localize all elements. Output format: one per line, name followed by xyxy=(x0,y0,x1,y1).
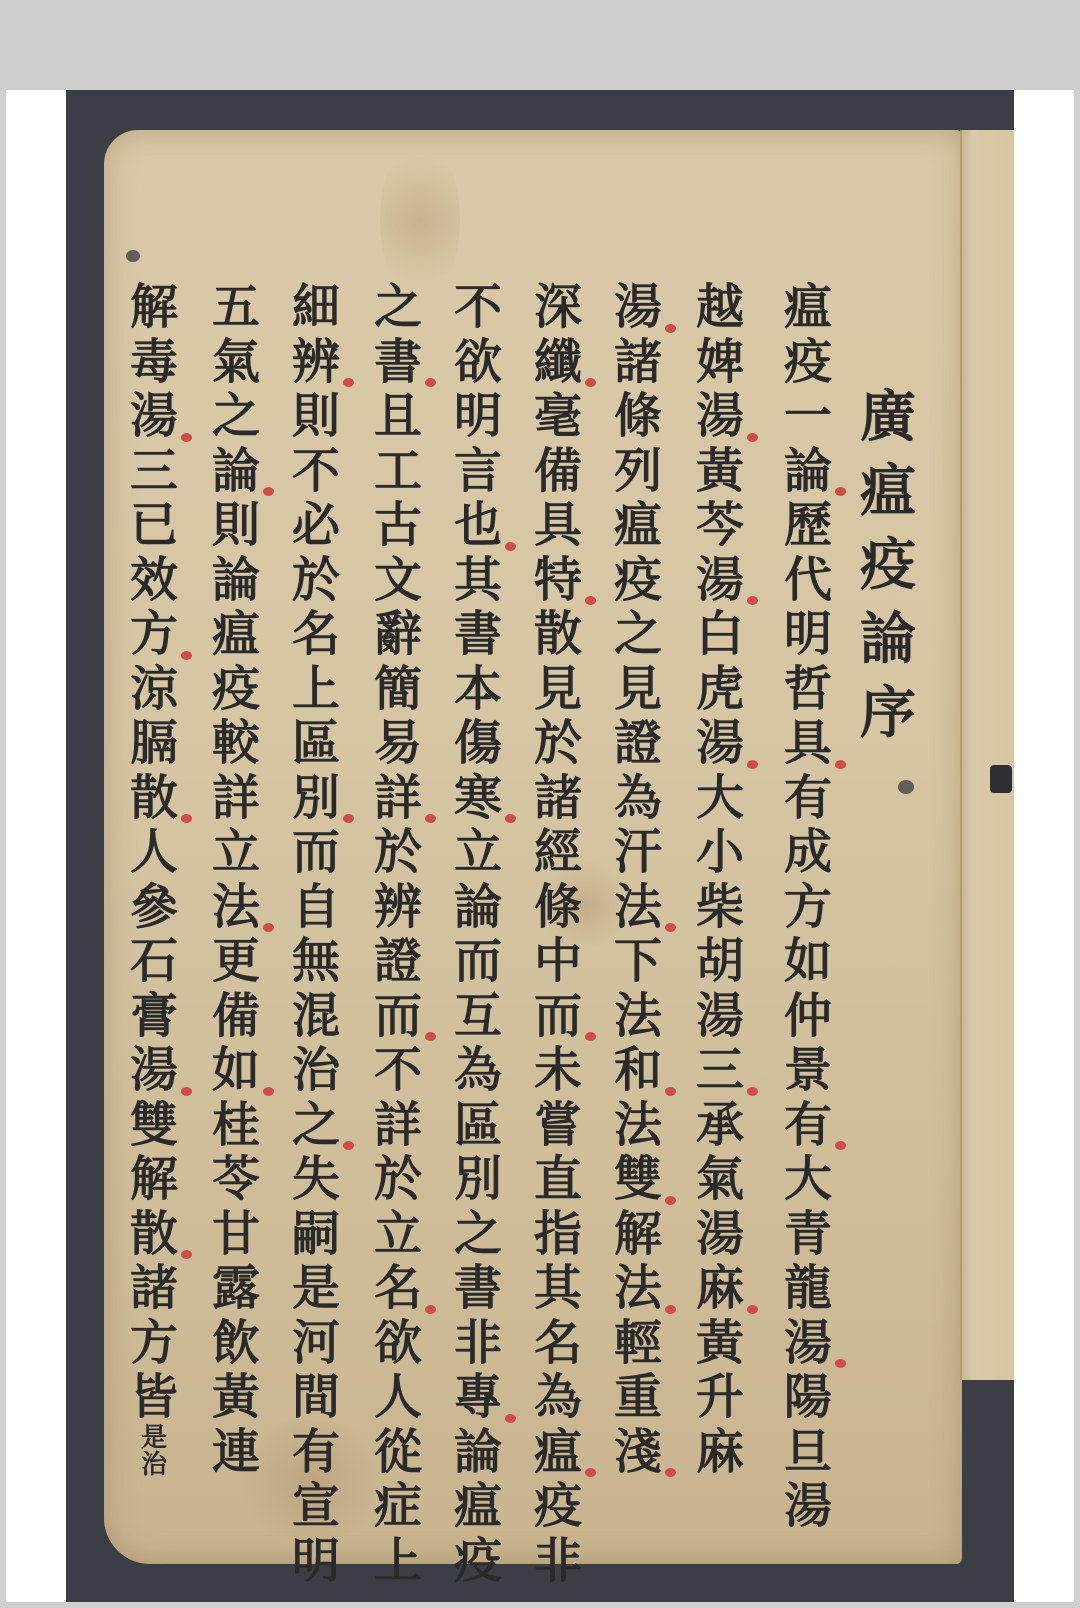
glyph: 苓 xyxy=(212,1152,260,1207)
text-column-9: 解毒湯三已效方涼膈散人參石膏湯雙解散諸方皆是治 xyxy=(118,280,190,1479)
glyph: 專 xyxy=(454,1370,502,1425)
glyph: 瘟 xyxy=(614,498,662,553)
red-punctuation-dot xyxy=(505,542,516,551)
glyph: 詳 xyxy=(374,1098,422,1153)
glyph: 三 xyxy=(130,444,178,499)
glyph: 必 xyxy=(292,498,340,553)
glyph: 間 xyxy=(292,1370,340,1425)
glyph: 仲 xyxy=(784,989,832,1044)
glyph: 經 xyxy=(534,825,582,880)
glyph: 露 xyxy=(212,1261,260,1316)
red-punctuation-dot xyxy=(181,1250,192,1259)
glyph: 論 xyxy=(212,444,260,499)
glyph: 大 xyxy=(784,1152,832,1207)
glyph: 別 xyxy=(454,1152,502,1207)
glyph: 毫 xyxy=(534,389,582,444)
glyph: 湯 xyxy=(784,1316,832,1371)
glyph: 如 xyxy=(784,934,832,989)
glyph: 代 xyxy=(784,553,832,608)
glyph: 歷 xyxy=(784,498,832,553)
glyph: 疫 xyxy=(212,662,260,717)
red-punctuation-dot xyxy=(263,487,274,496)
glyph: 甘 xyxy=(212,1207,260,1262)
glyph: 辨 xyxy=(292,335,340,390)
glyph: 和 xyxy=(614,1043,662,1098)
glyph: 則 xyxy=(292,389,340,444)
glyph: 瘟 xyxy=(784,280,832,335)
glyph: 不 xyxy=(454,280,502,335)
red-punctuation-dot xyxy=(747,596,758,605)
glyph: 詳 xyxy=(374,771,422,826)
red-punctuation-dot xyxy=(665,1196,676,1205)
glyph: 桂 xyxy=(212,1098,260,1153)
glyph: 河 xyxy=(292,1316,340,1371)
glyph: 上 xyxy=(374,1534,422,1589)
red-punctuation-dot xyxy=(835,760,846,769)
glyph: 論 xyxy=(454,880,502,935)
glyph: 已 xyxy=(130,498,178,553)
glyph: 青 xyxy=(784,1207,832,1262)
glyph: 立 xyxy=(454,825,502,880)
glyph: 有 xyxy=(784,1098,832,1153)
glyph: 中 xyxy=(534,934,582,989)
glyph: 景 xyxy=(784,1043,832,1098)
glyph: 之 xyxy=(374,280,422,335)
glyph: 龍 xyxy=(784,1261,832,1316)
red-punctuation-dot xyxy=(665,923,676,932)
glyph: 明 xyxy=(784,607,832,662)
glyph: 黃 xyxy=(212,1370,260,1425)
glyph: 嘗 xyxy=(534,1098,582,1153)
red-punctuation-dot xyxy=(425,378,436,387)
red-punctuation-dot xyxy=(665,1087,676,1096)
glyph: 嗣 xyxy=(292,1207,340,1262)
glyph: 湯 xyxy=(696,553,744,608)
glyph: 欲 xyxy=(374,1316,422,1371)
glyph: 雙 xyxy=(130,1098,178,1153)
glyph: 辭 xyxy=(374,607,422,662)
text-column-4: 深纖毫備具特散見於諸經條中而未嘗直指其名為瘟疫非 xyxy=(522,280,594,1588)
glyph: 法 xyxy=(614,1261,662,1316)
glyph: 於 xyxy=(374,1152,422,1207)
red-punctuation-dot xyxy=(665,1468,676,1477)
glyph: 麻 xyxy=(696,1261,744,1316)
glyph: 更 xyxy=(212,934,260,989)
glyph: 白 xyxy=(696,607,744,662)
glyph: 解 xyxy=(130,280,178,335)
glyph: 法 xyxy=(614,880,662,935)
red-punctuation-dot xyxy=(343,1141,354,1150)
glyph: 黃 xyxy=(696,1316,744,1371)
glyph: 參 xyxy=(130,880,178,935)
glyph: 之 xyxy=(614,607,662,662)
glyph: 區 xyxy=(454,1098,502,1153)
glyph: 具 xyxy=(784,716,832,771)
red-punctuation-dot xyxy=(505,1414,516,1423)
ink-spot xyxy=(126,250,140,262)
red-punctuation-dot xyxy=(263,923,274,932)
glyph: 立 xyxy=(374,1207,422,1262)
glyph: 方 xyxy=(784,880,832,935)
viewer-toolbar xyxy=(0,0,1080,90)
glyph: 於 xyxy=(534,716,582,771)
glyph: 膏 xyxy=(130,989,178,1044)
glyph: 胡 xyxy=(696,934,744,989)
glyph: 效 xyxy=(130,553,178,608)
glyph: 治 xyxy=(292,1043,340,1098)
red-punctuation-dot xyxy=(181,814,192,823)
glyph: 毒 xyxy=(130,335,178,390)
glyph: 重 xyxy=(614,1370,662,1425)
glyph: 旦 xyxy=(784,1425,832,1480)
glyph: 細 xyxy=(292,280,340,335)
glyph: 而 xyxy=(374,989,422,1044)
small-annotation-glyph: 是 xyxy=(141,1425,167,1452)
glyph: 文 xyxy=(374,553,422,608)
text-column-2: 越婢湯黃芩湯白虎湯大小柴胡湯三承氣湯麻黃升麻 xyxy=(684,280,756,1479)
glyph: 而 xyxy=(454,934,502,989)
glyph: 人 xyxy=(130,825,178,880)
glyph: 列 xyxy=(614,444,662,499)
red-punctuation-dot xyxy=(263,1087,274,1096)
glyph: 一 xyxy=(784,389,832,444)
glyph: 是 xyxy=(292,1261,340,1316)
glyph: 欲 xyxy=(454,335,502,390)
red-punctuation-dot xyxy=(665,324,676,333)
glyph: 婢 xyxy=(696,335,744,390)
glyph: 瘟 xyxy=(212,607,260,662)
glyph: 序 xyxy=(860,676,916,750)
glyph: 疫 xyxy=(614,553,662,608)
red-punctuation-dot xyxy=(343,814,354,823)
glyph: 法 xyxy=(614,1098,662,1153)
glyph: 上 xyxy=(292,662,340,717)
glyph: 諸 xyxy=(534,771,582,826)
red-punctuation-dot xyxy=(585,378,596,387)
glyph: 芩 xyxy=(696,498,744,553)
glyph: 纖 xyxy=(534,335,582,390)
glyph: 飲 xyxy=(212,1316,260,1371)
text-column-8: 五氣之論則論瘟疫較詳立法更備如桂苓甘露飲黃連 xyxy=(200,280,272,1479)
manuscript-text: 廣瘟疫論序 瘟疫一論歷代明哲具有成方如仲景有大青龍湯陽旦湯 越婢湯黃芩湯白虎湯大… xyxy=(112,280,952,1540)
glyph: 症 xyxy=(374,1479,422,1534)
glyph: 升 xyxy=(696,1370,744,1425)
glyph: 哲 xyxy=(784,662,832,717)
glyph: 書 xyxy=(454,1261,502,1316)
glyph: 傷 xyxy=(454,716,502,771)
glyph: 古 xyxy=(374,498,422,553)
glyph: 特 xyxy=(534,553,582,608)
glyph: 詳 xyxy=(212,771,260,826)
glyph: 法 xyxy=(212,880,260,935)
glyph: 也 xyxy=(454,498,502,553)
glyph: 有 xyxy=(292,1425,340,1480)
glyph: 名 xyxy=(374,1261,422,1316)
glyph: 宣 xyxy=(292,1479,340,1534)
ink-stain-mark xyxy=(990,765,1012,793)
red-punctuation-dot xyxy=(665,1305,676,1314)
glyph: 論 xyxy=(860,602,916,676)
glyph: 麻 xyxy=(696,1425,744,1480)
glyph: 論 xyxy=(784,444,832,499)
glyph: 言 xyxy=(454,444,502,499)
glyph: 不 xyxy=(374,1043,422,1098)
glyph: 疫 xyxy=(534,1479,582,1534)
red-punctuation-dot xyxy=(425,814,436,823)
glyph: 疫 xyxy=(454,1534,502,1589)
glyph: 湯 xyxy=(696,989,744,1044)
glyph: 則 xyxy=(212,498,260,553)
red-punctuation-dot xyxy=(181,433,192,442)
glyph: 為 xyxy=(454,1043,502,1098)
red-punctuation-dot xyxy=(505,814,516,823)
glyph: 而 xyxy=(534,989,582,1044)
text-column-6: 之書且工古文辭簡易詳於辨證而不詳於立名欲人從症上 xyxy=(362,280,434,1588)
glyph: 未 xyxy=(534,1043,582,1098)
small-annotation-glyph: 治 xyxy=(141,1452,167,1479)
red-punctuation-dot xyxy=(425,1032,436,1041)
glyph: 汗 xyxy=(614,825,662,880)
folded-page-edge xyxy=(960,130,1014,1380)
glyph: 立 xyxy=(212,825,260,880)
glyph: 見 xyxy=(534,662,582,717)
glyph: 備 xyxy=(534,444,582,499)
glyph: 法 xyxy=(614,989,662,1044)
glyph: 自 xyxy=(292,880,340,935)
glyph: 氣 xyxy=(212,335,260,390)
glyph: 諸 xyxy=(614,335,662,390)
glyph: 大 xyxy=(696,771,744,826)
glyph: 不 xyxy=(292,444,340,499)
glyph: 寒 xyxy=(454,771,502,826)
glyph: 具 xyxy=(534,498,582,553)
glyph: 方 xyxy=(130,607,178,662)
glyph: 條 xyxy=(534,880,582,935)
glyph: 虎 xyxy=(696,662,744,717)
glyph: 連 xyxy=(212,1425,260,1480)
glyph: 有 xyxy=(784,771,832,826)
glyph: 之 xyxy=(292,1098,340,1153)
glyph: 條 xyxy=(614,389,662,444)
glyph: 書 xyxy=(374,335,422,390)
glyph: 明 xyxy=(454,389,502,444)
glyph: 瘟 xyxy=(454,1479,502,1534)
red-punctuation-dot xyxy=(181,651,192,660)
red-punctuation-dot xyxy=(585,1468,596,1477)
glyph: 其 xyxy=(454,553,502,608)
glyph: 解 xyxy=(130,1152,178,1207)
red-punctuation-dot xyxy=(835,1359,846,1368)
glyph: 疫 xyxy=(784,335,832,390)
red-punctuation-dot xyxy=(747,1087,758,1096)
red-punctuation-dot xyxy=(585,596,596,605)
glyph: 無 xyxy=(292,934,340,989)
glyph: 如 xyxy=(212,1043,260,1098)
glyph: 小 xyxy=(696,825,744,880)
glyph: 成 xyxy=(784,825,832,880)
glyph: 柴 xyxy=(696,880,744,935)
glyph: 別 xyxy=(292,771,340,826)
preface-title: 廣瘟疫論序 xyxy=(852,380,924,750)
text-column-3: 湯諸條列瘟疫之見證為汗法下法和法雙解法輕重淺 xyxy=(602,280,674,1479)
glyph: 名 xyxy=(292,607,340,662)
glyph: 湯 xyxy=(784,1479,832,1534)
glyph: 輕 xyxy=(614,1316,662,1371)
glyph: 承 xyxy=(696,1098,744,1153)
glyph: 之 xyxy=(212,389,260,444)
glyph: 湯 xyxy=(614,280,662,335)
glyph: 指 xyxy=(534,1207,582,1262)
glyph: 證 xyxy=(374,934,422,989)
glyph: 辨 xyxy=(374,880,422,935)
glyph: 名 xyxy=(534,1316,582,1371)
glyph: 人 xyxy=(374,1370,422,1425)
paper-stain xyxy=(380,140,460,300)
glyph: 互 xyxy=(454,989,502,1044)
glyph: 瘟 xyxy=(860,454,916,528)
glyph: 諸 xyxy=(130,1261,178,1316)
glyph: 皆 xyxy=(130,1370,178,1425)
glyph: 湯 xyxy=(696,389,744,444)
glyph: 廣 xyxy=(860,380,916,454)
glyph: 較 xyxy=(212,716,260,771)
glyph: 湯 xyxy=(130,389,178,444)
glyph: 為 xyxy=(614,771,662,826)
red-punctuation-dot xyxy=(585,1032,596,1041)
glyph: 膈 xyxy=(130,716,178,771)
glyph: 三 xyxy=(696,1043,744,1098)
glyph: 證 xyxy=(614,716,662,771)
glyph: 本 xyxy=(454,662,502,717)
glyph: 疫 xyxy=(860,528,916,602)
glyph: 區 xyxy=(292,716,340,771)
glyph: 石 xyxy=(130,934,178,989)
glyph: 直 xyxy=(534,1152,582,1207)
glyph: 從 xyxy=(374,1425,422,1480)
glyph: 明 xyxy=(292,1534,340,1589)
glyph: 散 xyxy=(534,607,582,662)
glyph: 解 xyxy=(614,1207,662,1262)
glyph: 下 xyxy=(614,934,662,989)
glyph: 且 xyxy=(374,389,422,444)
red-punctuation-dot xyxy=(747,433,758,442)
glyph: 簡 xyxy=(374,662,422,717)
glyph: 黃 xyxy=(696,444,744,499)
glyph: 之 xyxy=(454,1207,502,1262)
glyph: 瘟 xyxy=(534,1425,582,1480)
glyph: 雙 xyxy=(614,1152,662,1207)
red-punctuation-dot xyxy=(835,487,846,496)
glyph: 散 xyxy=(130,1207,178,1262)
glyph: 湯 xyxy=(696,1207,744,1262)
glyph: 而 xyxy=(292,825,340,880)
glyph: 湯 xyxy=(696,716,744,771)
red-punctuation-dot xyxy=(181,1087,192,1096)
glyph: 氣 xyxy=(696,1152,744,1207)
glyph: 論 xyxy=(212,553,260,608)
glyph: 見 xyxy=(614,662,662,717)
red-punctuation-dot xyxy=(343,378,354,387)
glyph: 非 xyxy=(454,1316,502,1371)
glyph: 淺 xyxy=(614,1425,662,1480)
glyph: 陽 xyxy=(784,1370,832,1425)
glyph: 失 xyxy=(292,1152,340,1207)
red-punctuation-dot xyxy=(747,760,758,769)
glyph: 備 xyxy=(212,989,260,1044)
text-column-7: 細辨則不必於名上區別而自無混治之失嗣是河間有宣明 xyxy=(280,280,352,1588)
glyph: 於 xyxy=(374,825,422,880)
red-punctuation-dot xyxy=(835,1141,846,1150)
text-column-5: 不欲明言也其書本傷寒立論而互為區別之書非專論瘟疫 xyxy=(442,280,514,1588)
red-punctuation-dot xyxy=(425,1305,436,1314)
glyph: 越 xyxy=(696,280,744,335)
glyph: 工 xyxy=(374,444,422,499)
glyph: 涼 xyxy=(130,662,178,717)
glyph: 論 xyxy=(454,1425,502,1480)
glyph: 於 xyxy=(292,553,340,608)
text-column-1: 瘟疫一論歷代明哲具有成方如仲景有大青龍湯陽旦湯 xyxy=(772,280,844,1534)
glyph: 易 xyxy=(374,716,422,771)
glyph: 為 xyxy=(534,1370,582,1425)
glyph: 湯 xyxy=(130,1043,178,1098)
red-punctuation-dot xyxy=(747,1305,758,1314)
glyph: 混 xyxy=(292,989,340,1044)
glyph: 方 xyxy=(130,1316,178,1371)
glyph: 其 xyxy=(534,1261,582,1316)
glyph: 非 xyxy=(534,1534,582,1589)
glyph: 書 xyxy=(454,607,502,662)
glyph: 散 xyxy=(130,771,178,826)
glyph: 深 xyxy=(534,280,582,335)
glyph: 五 xyxy=(212,280,260,335)
